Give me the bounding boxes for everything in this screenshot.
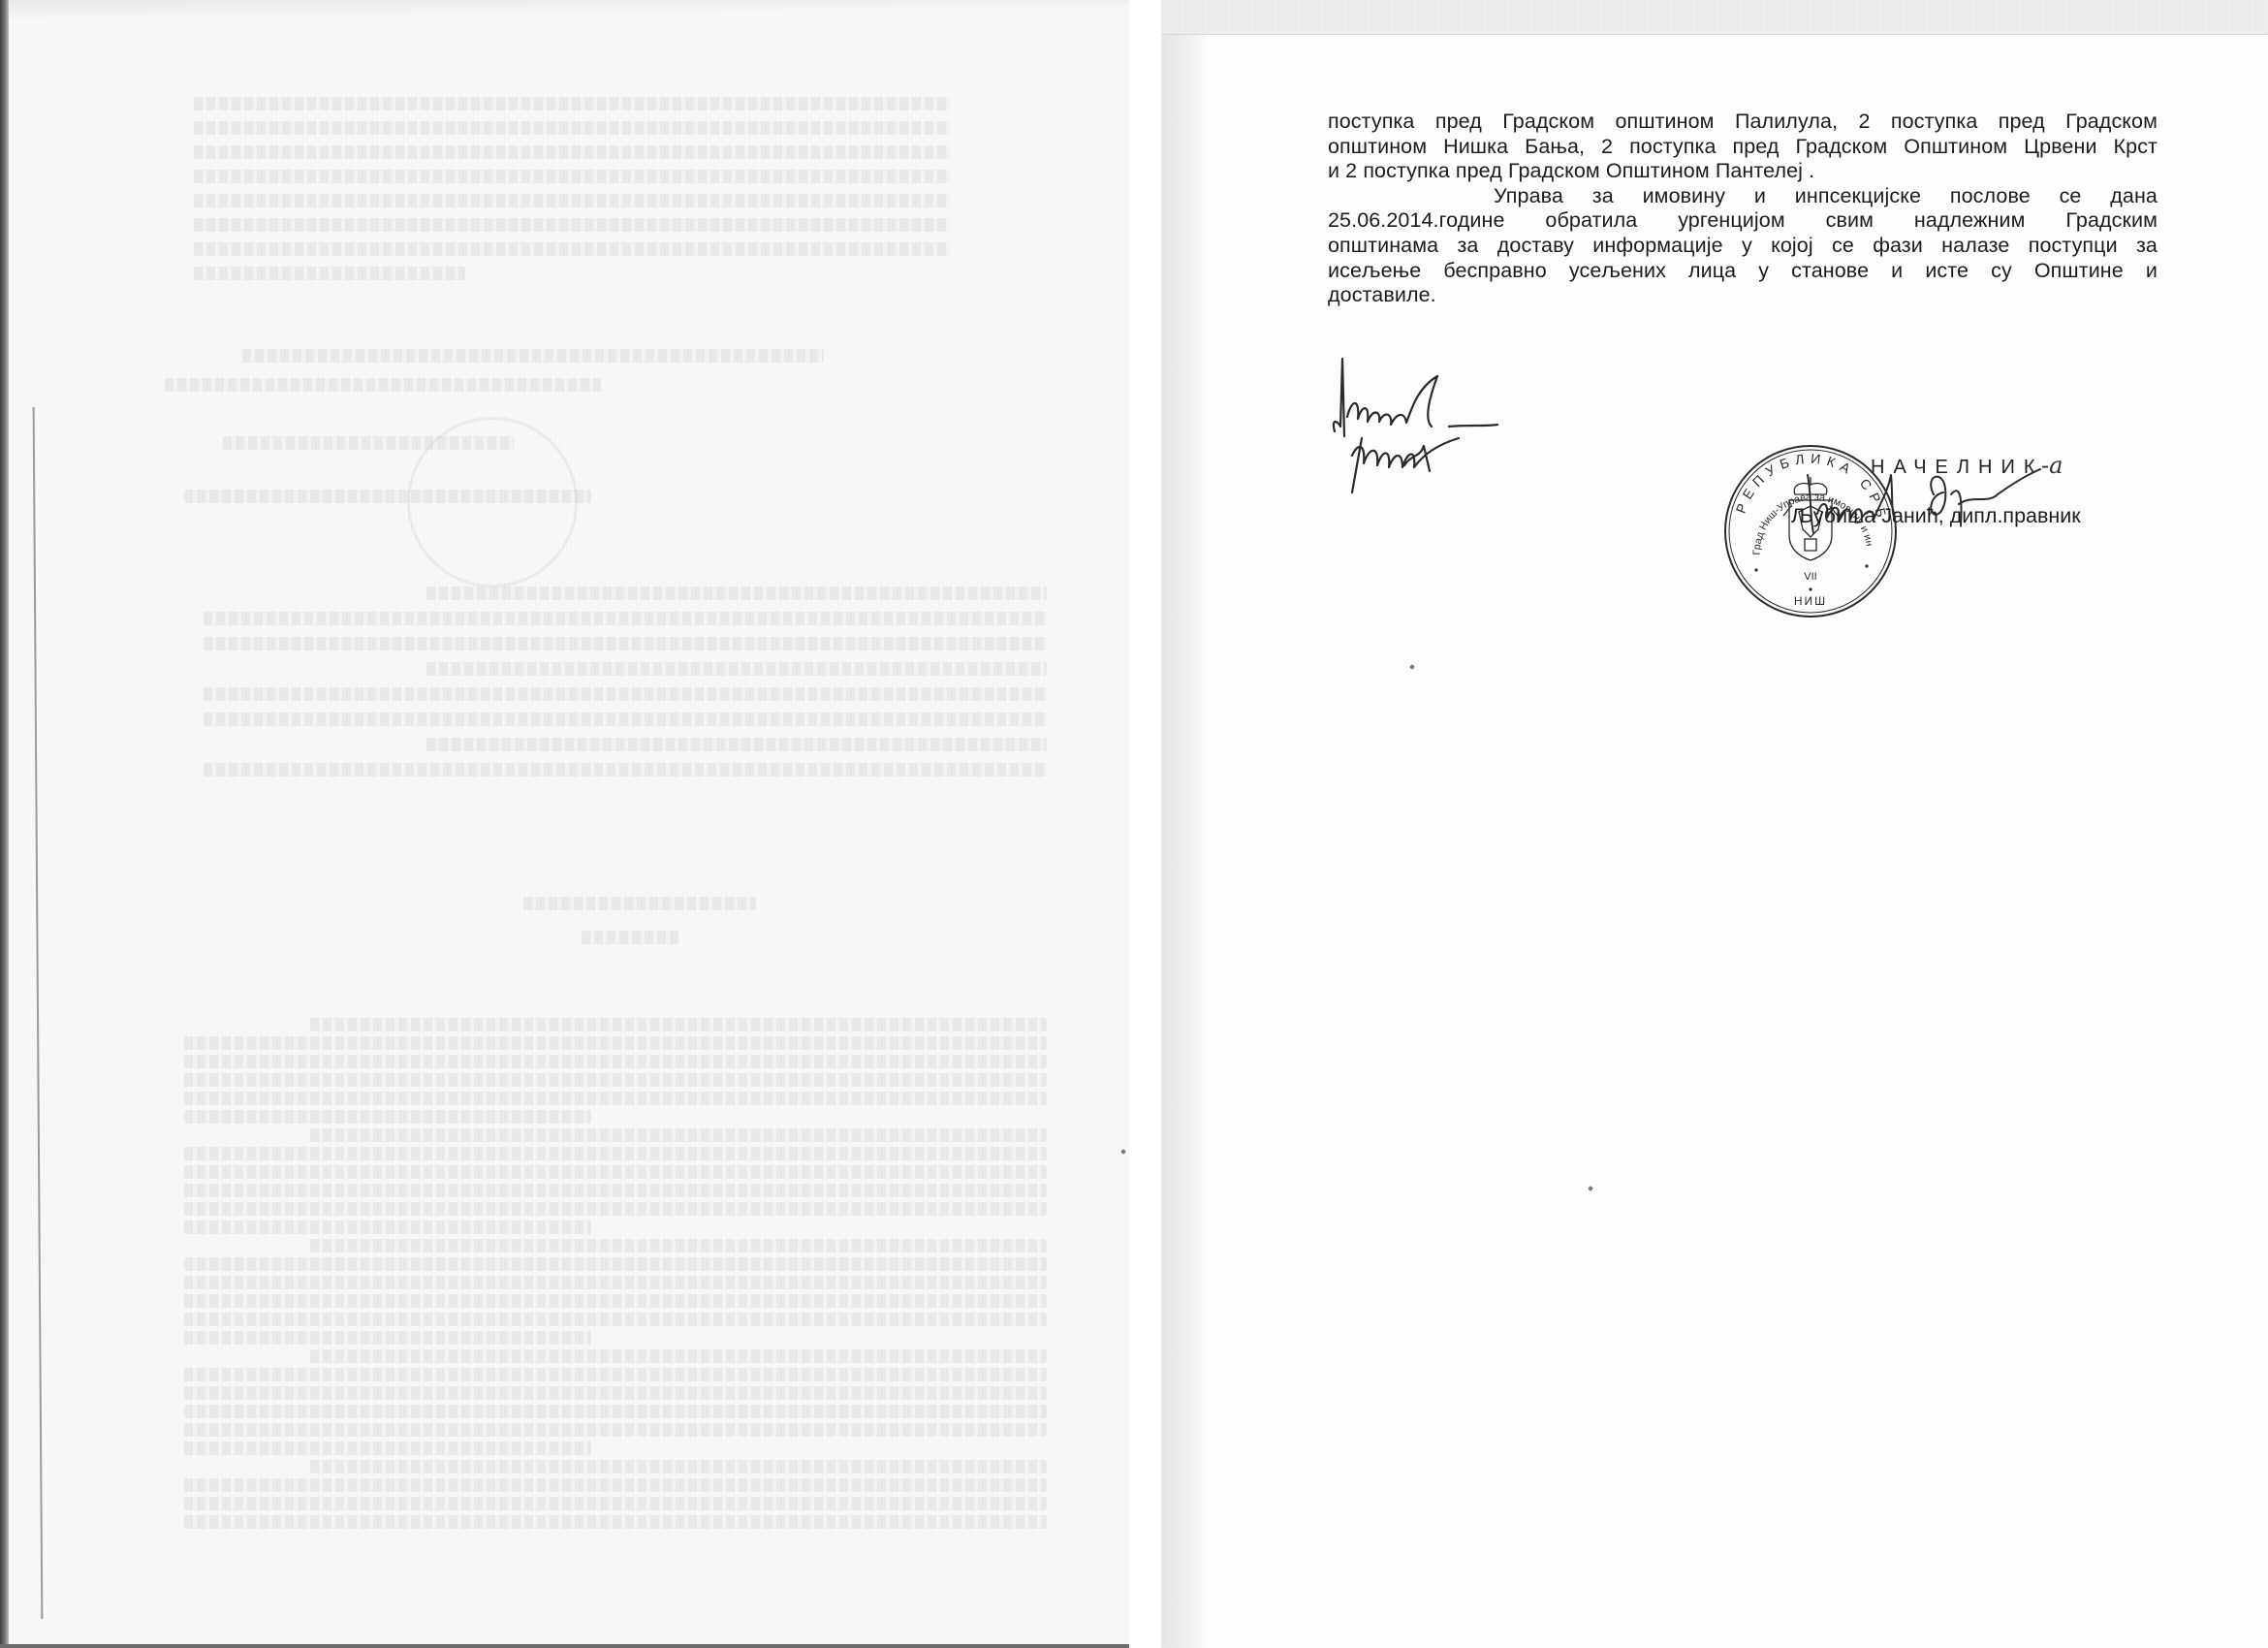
text-line: општинама за доставу информације у којој…: [1328, 234, 2158, 259]
svg-text:НИШ: НИШ: [1794, 594, 1827, 608]
page-fold-shadow: [1161, 0, 1208, 1648]
text-line: и 2 поступка пред Градском Општином Пант…: [1328, 159, 2158, 184]
handwritten-signature-icon: [1798, 456, 2050, 543]
page-top-edge: [1161, 0, 2268, 35]
page-top-edge: [9, 0, 1162, 17]
text-line: поступка пред Градском општином Палилула…: [1328, 110, 2158, 135]
text-line: исељење бесправно усељених лица у станов…: [1328, 259, 2158, 284]
text-line: доставиле.: [1328, 283, 2158, 308]
page-fold-highlight: [1129, 0, 1162, 1648]
paragraph-1: поступка пред Градском општином Палилула…: [1328, 110, 2158, 184]
left-page: [0, 0, 1161, 1648]
paragraph-2: Управа за имовину и инпсекцијске послове…: [1328, 184, 2158, 308]
text-line: општином Нишка Бања, 2 поступка пред Гра…: [1328, 135, 2158, 160]
handwritten-signature-icon: [1323, 330, 1507, 504]
svg-text:VII: VII: [1804, 571, 1816, 583]
bleed-through-seal: [407, 417, 578, 587]
page-edge-line: [33, 407, 44, 1619]
text-line: Управа за имовину и инпсекцијске послове…: [1328, 184, 2158, 209]
letter-body: поступка пред Градском општином Палилула…: [1328, 110, 2158, 308]
page-bottom-edge: [0, 1644, 1161, 1648]
scan-edge: [0, 0, 9, 1648]
text-line: 25.06.2014.године обратила ургенцијом св…: [1328, 208, 2158, 234]
